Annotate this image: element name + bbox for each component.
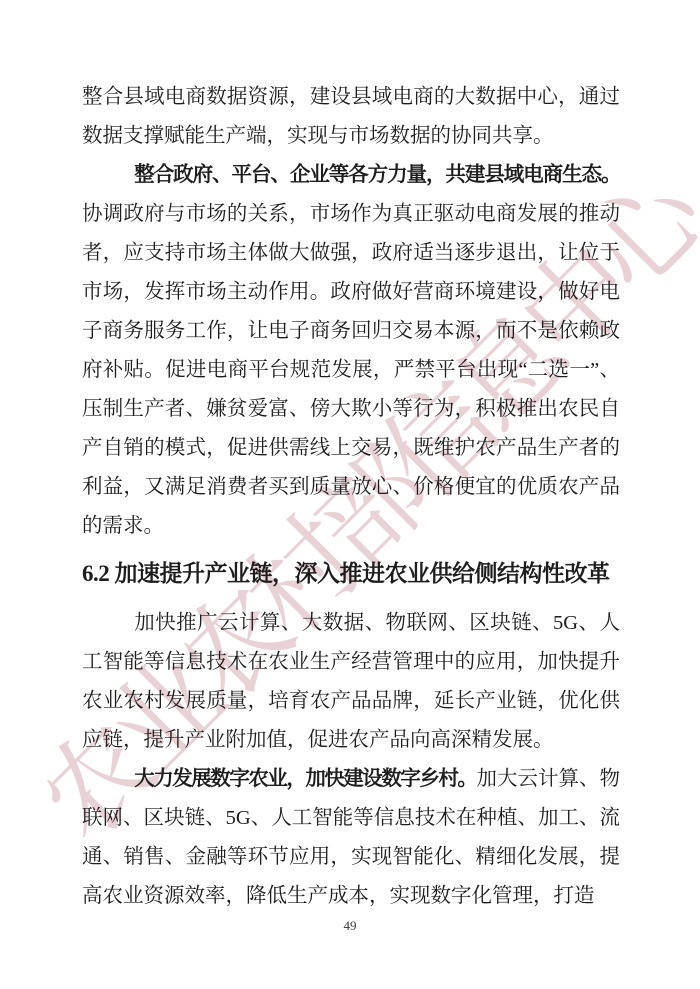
para-industry-chain: 加快推广云计算、大数据、物联网、区块链、5G、人工智能等信息技术在农业生产经营管…	[82, 604, 620, 760]
para-ecommerce-ecosystem-body: 协调政府与市场的关系，市场作为真正驱动电商发展的推动者，应支持市场主体做大做强，…	[82, 203, 620, 537]
para-continuation: 整合县域电商数据资源，建设县域电商的大数据中心，通过数据支撑赋能生产端，实现与市…	[82, 78, 620, 156]
para-ecommerce-ecosystem: 整合政府、平台、企业等各方力量，共建县域电商生态。协调政府与市场的关系，市场作为…	[82, 156, 620, 546]
document-page: 整合县域电商数据资源，建设县域电商的大数据中心，通过数据支撑赋能生产端，实现与市…	[0, 0, 700, 916]
para-ecommerce-ecosystem-lead: 整合政府、平台、企业等各方力量，共建县域电商生态。	[134, 164, 620, 186]
para-digital-agriculture: 大力发展数字农业，加快建设数字乡村。加大云计算、物联网、区块链、5G、人工智能等…	[82, 760, 620, 916]
para-digital-agriculture-lead: 大力发展数字农业，加快建设数字乡村。	[134, 768, 476, 790]
heading-6-2: 6.2 加速提升产业链，深入推进农业供给侧结构性改革	[82, 554, 620, 594]
page-number: 49	[0, 918, 700, 934]
